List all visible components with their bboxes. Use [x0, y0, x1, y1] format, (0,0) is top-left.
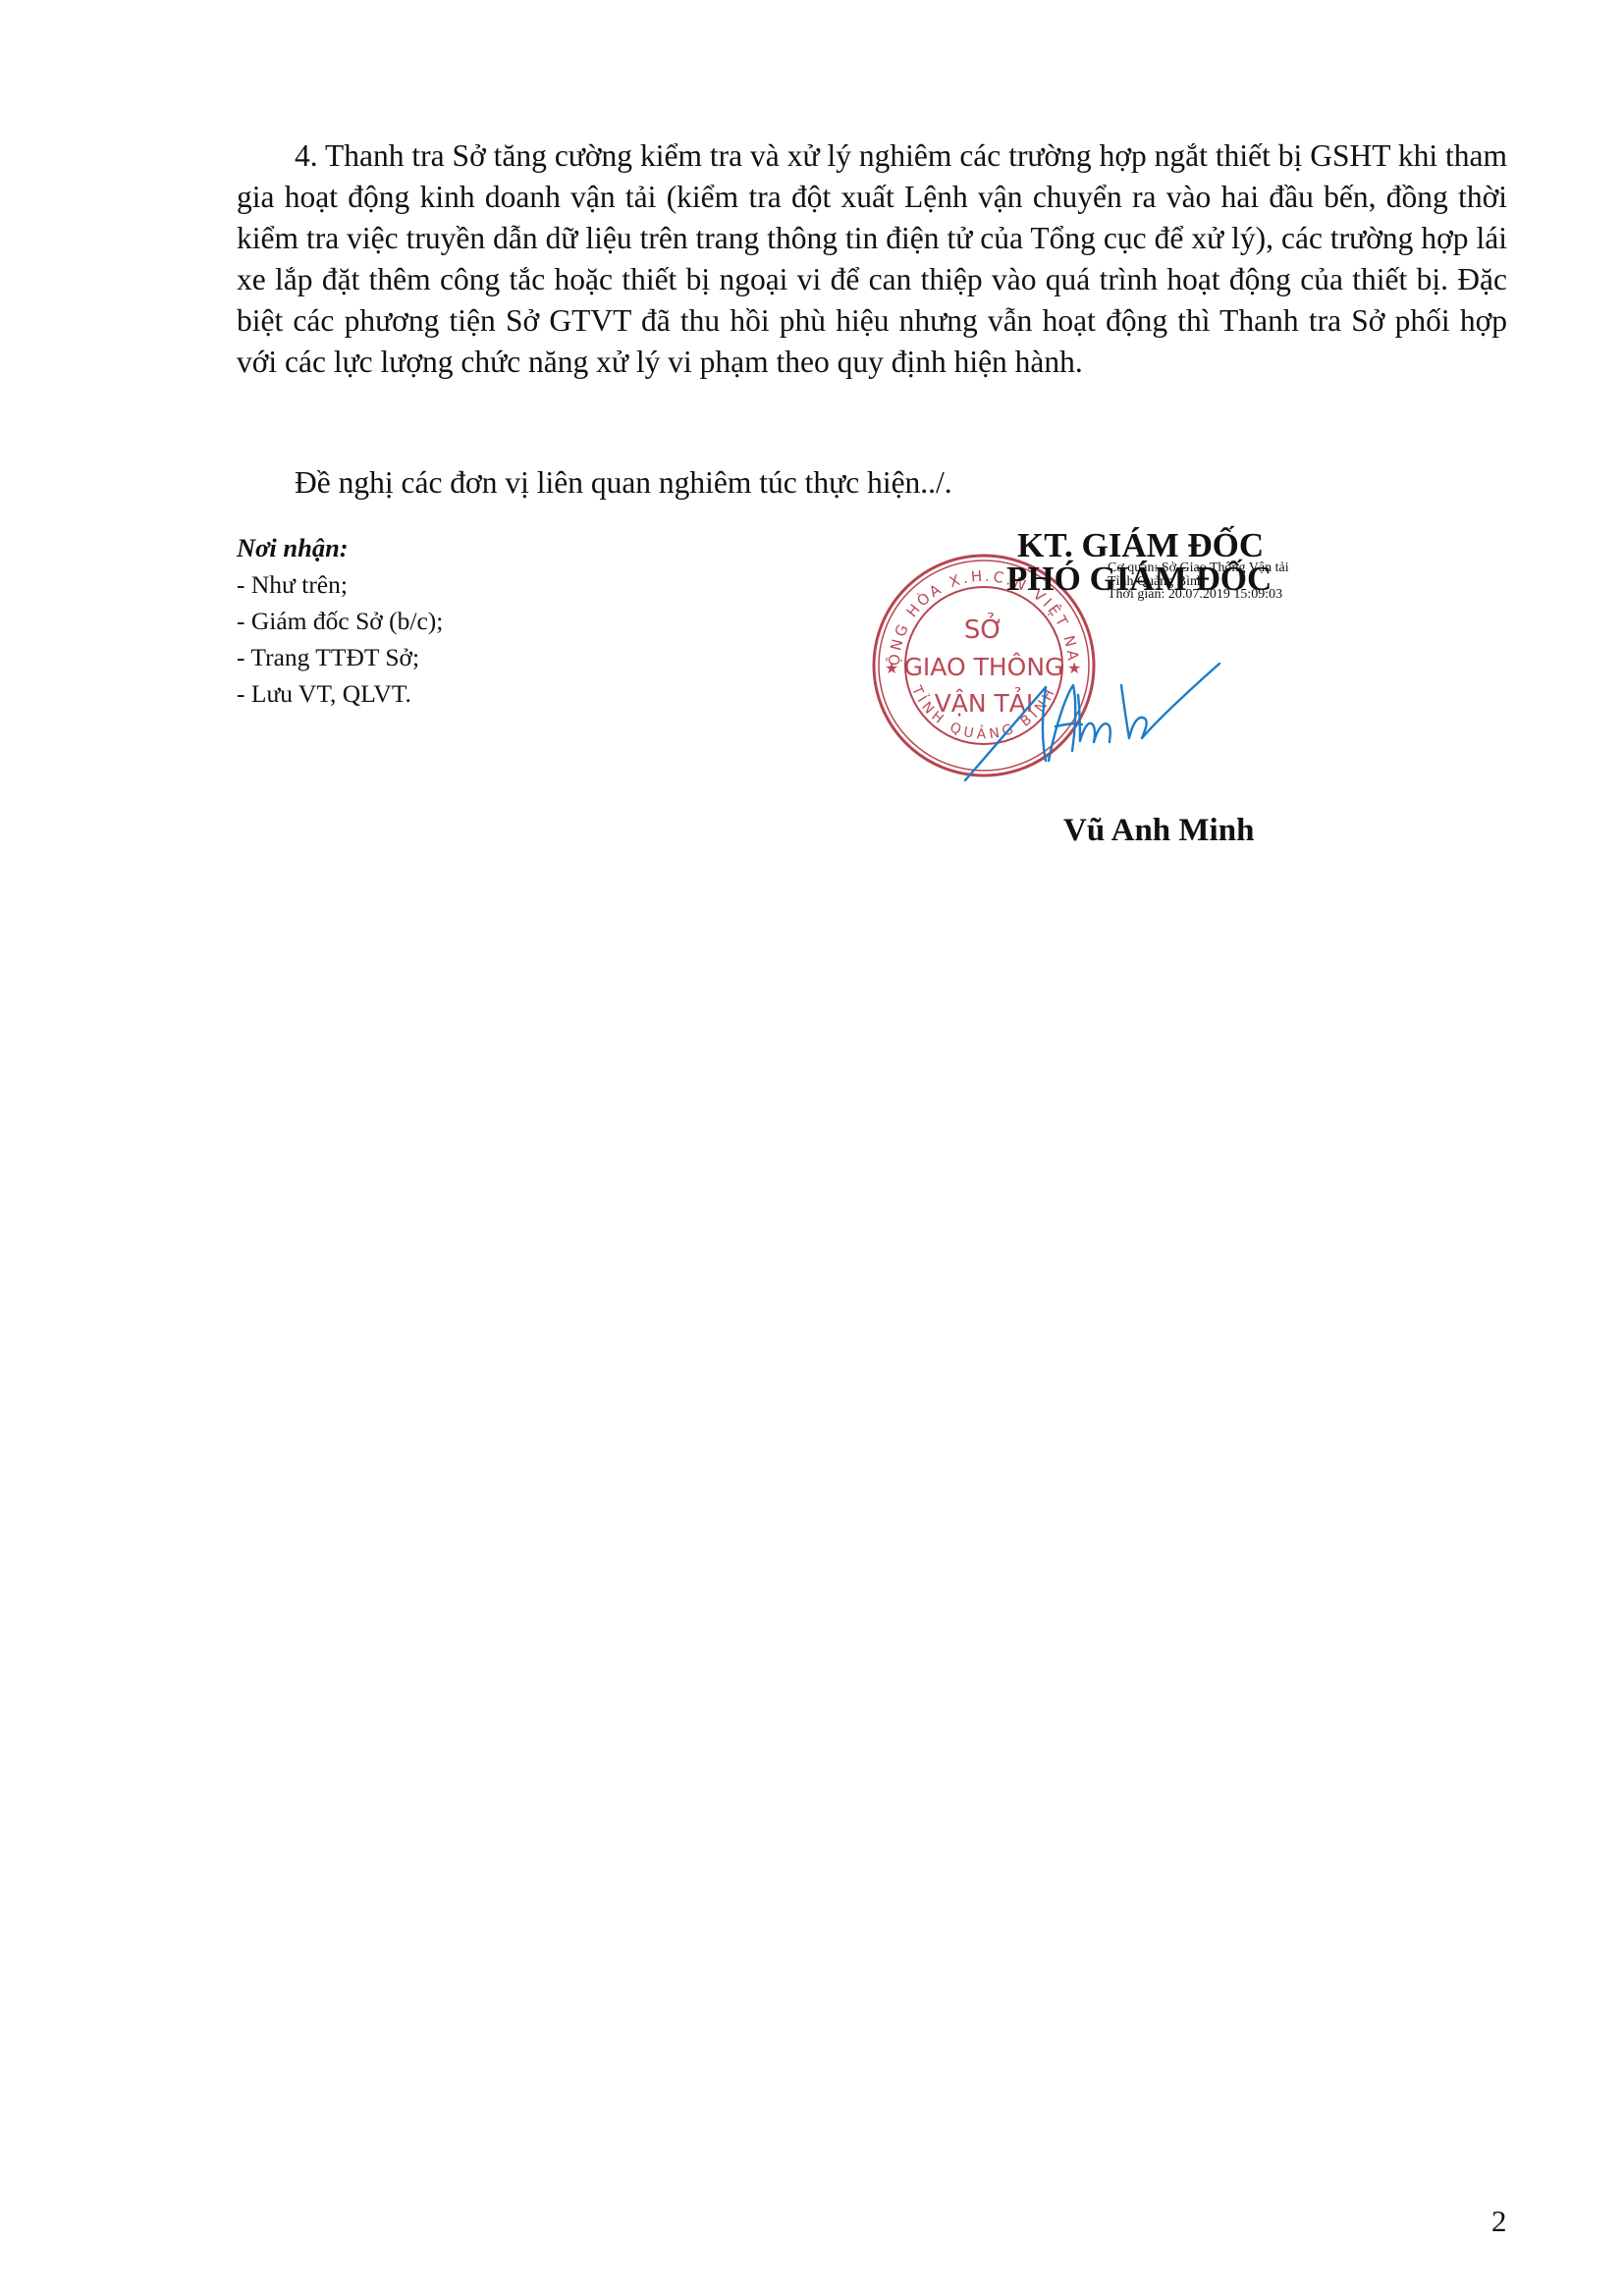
body-section: 4. Thanh tra Sở tăng cường kiểm tra và x… — [237, 135, 1507, 382]
recipient-item: - Trang TTĐT Sở; — [237, 639, 443, 675]
recipients-heading: Nơi nhận: — [237, 530, 443, 566]
digital-signature-info: Cơ quan: Sở Giao Thông Vận tải Tỉnh Quản… — [1108, 561, 1289, 602]
recipient-item: - Như trên; — [237, 566, 443, 603]
digital-signature-agency: Cơ quan: Sở Giao Thông Vận tải — [1108, 561, 1289, 575]
page-number: 2 — [1491, 2204, 1507, 2239]
document-page: 4. Thanh tra Sở tăng cường kiểm tra và x… — [0, 0, 1624, 2296]
digital-signature-province: Tỉnh Quảng Bình — [1108, 575, 1289, 589]
signature-title-line-1: KT. GIÁM ĐỐC — [1017, 528, 1264, 563]
paragraph-item-4: 4. Thanh tra Sở tăng cường kiểm tra và x… — [237, 135, 1507, 382]
recipients-block: Nơi nhận: - Như trên; - Giám đốc Sở (b/c… — [237, 530, 443, 712]
svg-text:★: ★ — [885, 659, 898, 677]
handwritten-signature-icon — [962, 658, 1237, 795]
digital-signature-time: Thời gian: 20.07.2019 15:09:03 — [1108, 588, 1289, 602]
svg-text:SỞ: SỞ — [964, 612, 1003, 645]
signer-name: Vũ Anh Minh — [1063, 811, 1254, 850]
recipient-item: - Lưu VT, QLVT. — [237, 675, 443, 712]
closing-request: Đề nghị các đơn vị liên quan nghiêm túc … — [295, 462, 952, 504]
recipient-item: - Giám đốc Sở (b/c); — [237, 603, 443, 639]
